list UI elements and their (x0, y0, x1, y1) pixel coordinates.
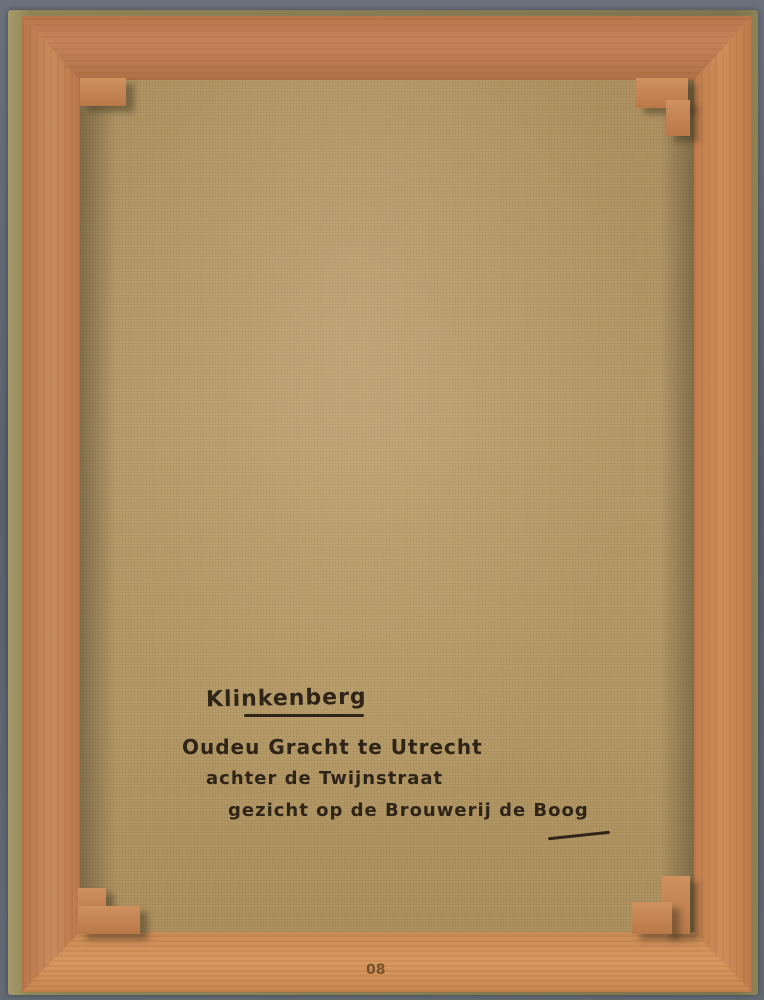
artist-name: Klinkenberg (206, 685, 367, 713)
stretcher-shadow (80, 80, 116, 932)
inscription-line: Oudeu Gracht te Utrecht (182, 735, 483, 759)
artist-underline (244, 714, 364, 717)
handwritten-inscription: Klinkenberg Oudeu Gracht te Utrecht acht… (170, 680, 630, 850)
painting-back-photo: Klinkenberg Oudeu Gracht te Utrecht acht… (0, 0, 764, 1000)
frame-rail-top (22, 16, 752, 80)
corner-key-top-left (80, 78, 126, 106)
frame-rail-bottom (22, 932, 752, 992)
inscription-line: gezicht op de Brouwerij de Boog (228, 800, 589, 821)
frame-rail-right (694, 16, 752, 992)
corner-key-top-right (666, 100, 690, 136)
corner-key-bottom-left (78, 906, 140, 934)
corner-key-bottom-right (632, 902, 672, 934)
inscription-line: achter de Twijnstraat (206, 768, 443, 789)
frame-rail-left (22, 16, 80, 992)
stretcher-shadow (660, 80, 694, 932)
frame-stamp: 08 (366, 962, 385, 978)
title-underline (548, 831, 610, 840)
